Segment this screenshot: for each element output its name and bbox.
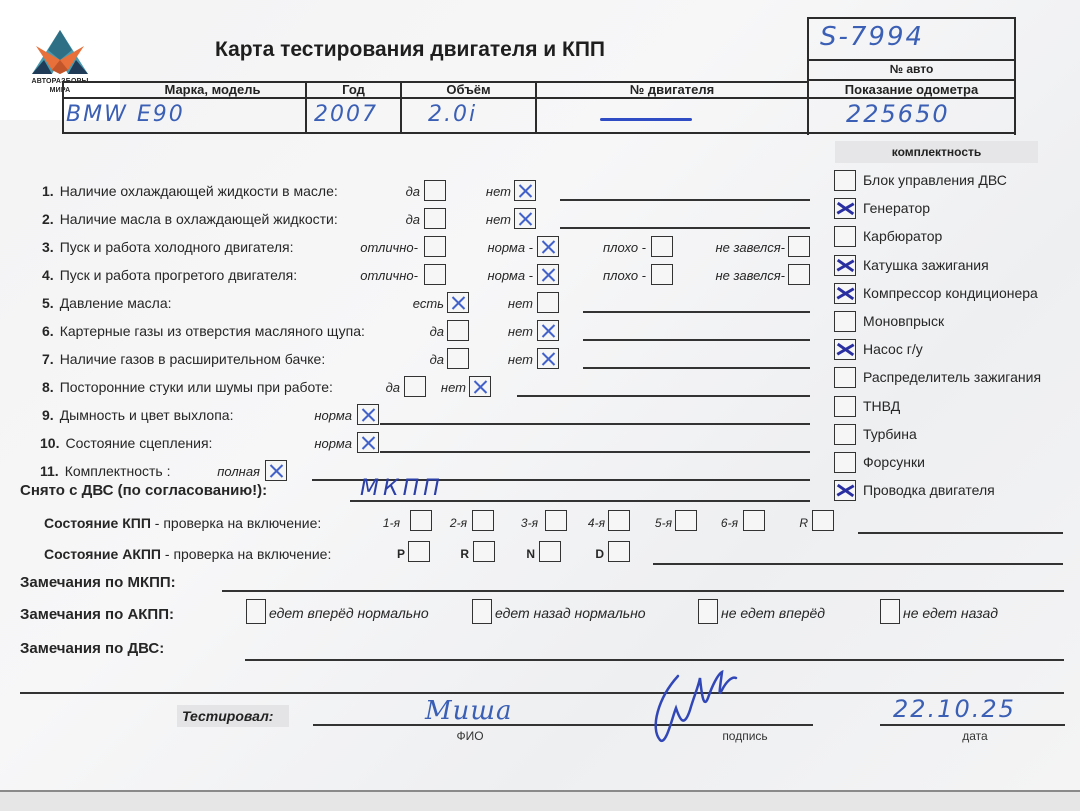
- question-text: Давление масла:: [60, 295, 172, 311]
- question-number: 2.: [42, 211, 54, 227]
- removed-line: [350, 500, 810, 502]
- option-label: не завелся-: [685, 240, 785, 255]
- akpp-remark-checkbox[interactable]: [246, 599, 266, 624]
- question-text: Комплектность :: [65, 463, 171, 479]
- table-border: [807, 79, 1016, 81]
- completeness-item-label: Проводка двигателя: [863, 482, 995, 498]
- kpp-remark-line[interactable]: [858, 532, 1063, 534]
- checkbox-q6-нет[interactable]: [537, 320, 559, 341]
- question-text: Посторонние стуки или шумы при работе:: [60, 379, 333, 395]
- date-caption: дата: [935, 729, 1015, 743]
- removed-label: Снято с ДВС (по согласованию!):: [20, 482, 267, 499]
- option-label: да: [320, 212, 420, 227]
- akpp-position-checkbox[interactable]: [539, 541, 561, 562]
- gear-checkbox[interactable]: [812, 510, 834, 531]
- akpp-remark-label: едет вперёд нормально: [269, 605, 429, 621]
- option-label: не завелся-: [685, 268, 785, 283]
- dvs-remarks-field-2[interactable]: [20, 692, 1064, 694]
- table-border: [807, 17, 809, 135]
- kpp-check-label: Состояние КПП - проверка на включение:: [44, 515, 321, 531]
- completeness-item-label: Распределитель зажигания: [863, 369, 1041, 385]
- question-number: 6.: [42, 323, 54, 339]
- date-value[interactable]: 22.10.25: [893, 695, 1016, 723]
- question-number: 4.: [42, 267, 54, 283]
- completeness-checkbox[interactable]: [834, 170, 856, 191]
- form-title: Карта тестирования двигателя и КПП: [215, 38, 605, 62]
- col-header-year: Год: [307, 82, 400, 97]
- dvs-remarks-label: Замечания по ДВС:: [20, 640, 164, 657]
- question-text: Пуск и работа холодного двигателя:: [60, 239, 294, 255]
- completeness-checkbox[interactable]: [834, 452, 856, 473]
- akpp-check-label: Состояние АКПП - проверка на включение:: [44, 546, 331, 562]
- option-label: да: [320, 184, 420, 199]
- table-border: [807, 59, 1016, 61]
- completeness-checkbox[interactable]: [834, 339, 856, 360]
- question-4-label: 4.Пуск и работа прогретого двигателя:: [42, 267, 297, 283]
- table-border: [62, 97, 1016, 99]
- akpp-position-checkbox[interactable]: [408, 541, 430, 562]
- car-number-value[interactable]: S-7994: [820, 22, 924, 52]
- dvs-remarks-field[interactable]: [245, 659, 1064, 661]
- gear-label: 4-я: [545, 516, 605, 530]
- completeness-item-label: Компрессор кондиционера: [863, 285, 1038, 301]
- question-text: Наличие газов в расширительном бачке:: [60, 351, 326, 367]
- question-10-label: 10.Состояние сцепления:: [40, 435, 212, 451]
- question-1-note-line[interactable]: [560, 199, 810, 201]
- name-caption: ФИО: [430, 729, 510, 743]
- checkbox-q2-нет[interactable]: [514, 208, 536, 229]
- question-number: 1.: [42, 183, 54, 199]
- volume-value[interactable]: 2.0i: [428, 102, 477, 127]
- question-text: Картерные газы из отверстия масляного щу…: [60, 323, 365, 339]
- question-7-note-line[interactable]: [583, 367, 810, 369]
- akpp-position-label: P: [365, 547, 405, 561]
- option-label: да: [344, 352, 444, 367]
- completeness-item-label: Турбина: [863, 426, 917, 442]
- akpp-position-label: D: [564, 547, 604, 561]
- removed-value[interactable]: МКПП: [360, 476, 444, 501]
- table-border: [62, 132, 1016, 134]
- checkbox-q3-плохо[interactable]: [651, 236, 673, 257]
- gear-label: 1-я: [340, 516, 400, 530]
- akpp-remark-checkbox[interactable]: [698, 599, 718, 624]
- tester-name-value[interactable]: Миша: [425, 696, 513, 726]
- option-label: плохо -: [546, 268, 646, 283]
- odometer-value[interactable]: 225650: [846, 100, 950, 128]
- akpp-position-label: R: [429, 547, 469, 561]
- question-text: Дымность и цвет выхлопа:: [60, 407, 234, 423]
- checkbox-q4-плохо[interactable]: [651, 264, 673, 285]
- engine-no-dash[interactable]: [600, 118, 692, 121]
- question-text: Наличие охлаждающей жидкости в масле:: [60, 183, 338, 199]
- completeness-checkbox[interactable]: [834, 424, 856, 445]
- option-label: отлично-: [318, 240, 418, 255]
- option-label: нет: [433, 296, 533, 311]
- option-label: нет: [433, 324, 533, 339]
- question-text: Состояние сцепления:: [65, 435, 212, 451]
- completeness-checkbox[interactable]: [834, 226, 856, 247]
- question-8-label: 8.Посторонние стуки или шумы при работе:: [42, 379, 333, 395]
- question-1-label: 1.Наличие охлаждающей жидкости в масле:: [42, 183, 338, 199]
- option-label: полная: [160, 464, 260, 479]
- akpp-position-label: N: [495, 547, 535, 561]
- col-header-make-model: Марка, модель: [120, 82, 305, 97]
- option-label: нет: [411, 212, 511, 227]
- completeness-checkbox[interactable]: [834, 480, 856, 501]
- akpp-remarks-label: Замечания по АКПП:: [20, 606, 174, 623]
- question-6-label: 6.Картерные газы из отверстия масляного …: [42, 323, 365, 339]
- option-label: норма: [252, 436, 352, 451]
- completeness-item-label: Катушка зажигания: [863, 257, 989, 273]
- question-number: 5.: [42, 295, 54, 311]
- akpp-remark-checkbox[interactable]: [880, 599, 900, 624]
- completeness-item-label: Насос г/у: [863, 341, 923, 357]
- option-label: норма -: [433, 240, 533, 255]
- option-label: есть: [344, 296, 444, 311]
- akpp-position-checkbox[interactable]: [608, 541, 630, 562]
- question-9-label: 9.Дымность и цвет выхлопа:: [42, 407, 233, 423]
- gear-label: 6-я: [678, 516, 738, 530]
- question-number: 3.: [42, 239, 54, 255]
- question-2-note-line[interactable]: [560, 227, 810, 229]
- tested-by-label: Тестировал:: [182, 708, 273, 724]
- option-label: норма -: [433, 268, 533, 283]
- question-5-label: 5.Давление масла:: [42, 295, 172, 311]
- question-number: 8.: [42, 379, 54, 395]
- question-text: Пуск и работа прогретого двигателя:: [60, 267, 297, 283]
- col-header-volume: Объём: [402, 82, 535, 97]
- akpp-remark-checkbox[interactable]: [472, 599, 492, 624]
- akpp-remark-line[interactable]: [653, 563, 1063, 565]
- question-number: 11.: [40, 463, 59, 479]
- question-2-label: 2.Наличие масла в охлаждающей жидкости:: [42, 211, 338, 227]
- question-number: 10.: [40, 435, 59, 451]
- make-model-value[interactable]: BMW E90: [66, 102, 185, 127]
- col-header-engine-no: № двигателя: [537, 82, 807, 97]
- completeness-checkbox[interactable]: [834, 283, 856, 304]
- checkbox-q4-незавелся[interactable]: [788, 264, 810, 285]
- checkbox-q3-незавелся[interactable]: [788, 236, 810, 257]
- completeness-item-label: ТНВД: [863, 398, 900, 414]
- question-5-note-line[interactable]: [583, 311, 810, 313]
- option-label: норма: [252, 408, 352, 423]
- question-6-note-line[interactable]: [583, 339, 810, 341]
- completeness-checkbox[interactable]: [834, 367, 856, 388]
- completeness-checkbox[interactable]: [834, 255, 856, 276]
- table-border: [62, 81, 64, 134]
- question-11-label: 11.Комплектность :: [40, 463, 171, 479]
- question-number: 7.: [42, 351, 54, 367]
- table-border: [1014, 17, 1016, 135]
- question-text: Наличие масла в охлаждающей жидкости:: [60, 211, 338, 227]
- mkpp-remarks-label: Замечания по МКПП:: [20, 574, 176, 591]
- option-label: плохо -: [546, 240, 646, 255]
- option-label: нет: [411, 184, 511, 199]
- question-10-note-line[interactable]: [380, 451, 810, 453]
- completeness-item-label: Карбюратор: [863, 228, 942, 244]
- gear-label: R: [748, 516, 808, 530]
- completeness-item-label: Моновпрыск: [863, 313, 944, 329]
- car-number-label: № авто: [807, 62, 1016, 76]
- option-label: да: [344, 324, 444, 339]
- scanner-edge: [0, 790, 1080, 811]
- logo-mark-icon: [32, 30, 88, 74]
- date-line[interactable]: [880, 724, 1065, 726]
- option-label: нет: [366, 380, 466, 395]
- year-value[interactable]: 2007: [314, 102, 378, 127]
- completeness-heading: комплектность: [835, 141, 1038, 163]
- checkbox-q7-нет[interactable]: [537, 348, 559, 369]
- checkbox-q5-нет[interactable]: [537, 292, 559, 313]
- question-number: 9.: [42, 407, 54, 423]
- checkbox-q1-нет[interactable]: [514, 180, 536, 201]
- completeness-item-label: Блок управления ДВС: [863, 172, 1007, 188]
- akpp-remark-label: не едет вперёд: [721, 605, 825, 621]
- col-header-odometer: Показание одометра: [809, 82, 1014, 97]
- question-9-note-line[interactable]: [380, 423, 810, 425]
- question-7-label: 7.Наличие газов в расширительном бачке:: [42, 351, 325, 367]
- option-label: нет: [433, 352, 533, 367]
- question-3-label: 3.Пуск и работа холодного двигателя:: [42, 239, 294, 255]
- completeness-item-label: Форсунки: [863, 454, 925, 470]
- question-8-note-line[interactable]: [517, 395, 810, 397]
- completeness-checkbox[interactable]: [834, 311, 856, 332]
- checkbox-q8-нет[interactable]: [469, 376, 491, 397]
- logo-text-line2: МИРА: [0, 87, 120, 94]
- akpp-position-checkbox[interactable]: [473, 541, 495, 562]
- checkbox-q9-норма[interactable]: [357, 404, 379, 425]
- checkbox-q10-норма[interactable]: [357, 432, 379, 453]
- option-label: отлично-: [318, 268, 418, 283]
- gear-label: 2-я: [407, 516, 467, 530]
- checkbox-q11-полная[interactable]: [265, 460, 287, 481]
- mkpp-remarks-field[interactable]: [222, 590, 1064, 592]
- completeness-checkbox[interactable]: [834, 198, 856, 219]
- completeness-checkbox[interactable]: [834, 396, 856, 417]
- akpp-remark-label: едет назад нормально: [495, 605, 646, 621]
- gear-label: 5-я: [612, 516, 672, 530]
- completeness-item-label: Генератор: [863, 200, 930, 216]
- akpp-remark-label: не едет назад: [903, 605, 998, 621]
- table-border: [807, 17, 1016, 19]
- gear-label: 3-я: [478, 516, 538, 530]
- signature-caption: подпись: [700, 729, 790, 743]
